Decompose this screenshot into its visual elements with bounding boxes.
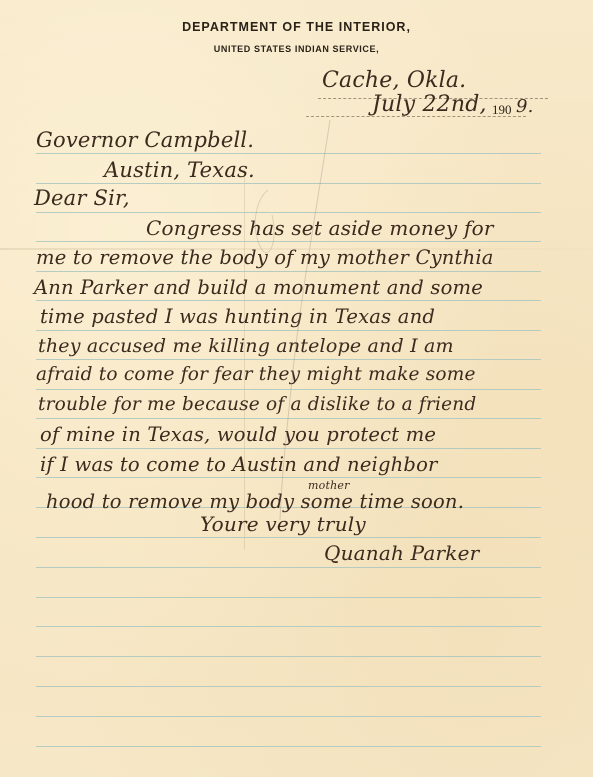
rule-line — [36, 183, 541, 184]
rule-line — [36, 537, 541, 538]
rule-line — [36, 567, 541, 568]
rule-line — [36, 418, 541, 419]
rule-line — [36, 153, 541, 154]
place: Cache, Okla. — [322, 68, 466, 93]
rule-line — [36, 448, 541, 449]
recipient: Governor Campbell. — [36, 128, 254, 152]
rule-line — [36, 656, 541, 657]
rule-line — [36, 597, 541, 598]
rule-line — [36, 241, 541, 242]
rule-line — [36, 626, 541, 627]
body-line: hood to remove my body some time soon. — [46, 490, 464, 513]
rule-line — [36, 746, 541, 747]
closing: Youre very truly — [200, 512, 366, 536]
body-line: time pasted I was hunting in Texas and — [40, 305, 435, 328]
year-handwritten: 9. — [516, 96, 534, 117]
body-line: of mine in Texas, would you protect me — [40, 423, 436, 446]
rule-line — [36, 271, 541, 272]
body-line: they accused me killing antelope and I a… — [38, 335, 454, 357]
rule-line — [36, 300, 541, 301]
body-line: Congress has set aside money for — [146, 216, 494, 240]
rule-line — [36, 212, 541, 213]
signature: Quanah Parker — [324, 541, 479, 565]
date-handwritten: July 22nd, — [372, 92, 487, 117]
rule-line — [36, 477, 541, 478]
salutation: Dear Sir, — [34, 186, 130, 210]
insertion-mother: mother — [308, 479, 350, 492]
body-line: if I was to come to Austin and neighbor — [40, 453, 438, 476]
body-line: Ann Parker and build a monument and some — [34, 276, 483, 299]
rule-line — [36, 330, 541, 331]
letterhead-service: UNITED STATES INDIAN SERVICE, — [0, 44, 593, 54]
rule-line — [36, 359, 541, 360]
year-printed: 190 — [492, 102, 512, 118]
body-line: afraid to come for fear they might make … — [36, 364, 476, 385]
rule-line — [36, 389, 541, 390]
body-line: me to remove the body of my mother Cynth… — [36, 246, 494, 269]
recipient-location: Austin, Texas. — [104, 158, 255, 182]
rule-line — [36, 686, 541, 687]
body-line: trouble for me because of a dislike to a… — [38, 394, 476, 415]
rule-line — [36, 716, 541, 717]
letterhead-department: DEPARTMENT OF THE INTERIOR, — [0, 20, 593, 34]
